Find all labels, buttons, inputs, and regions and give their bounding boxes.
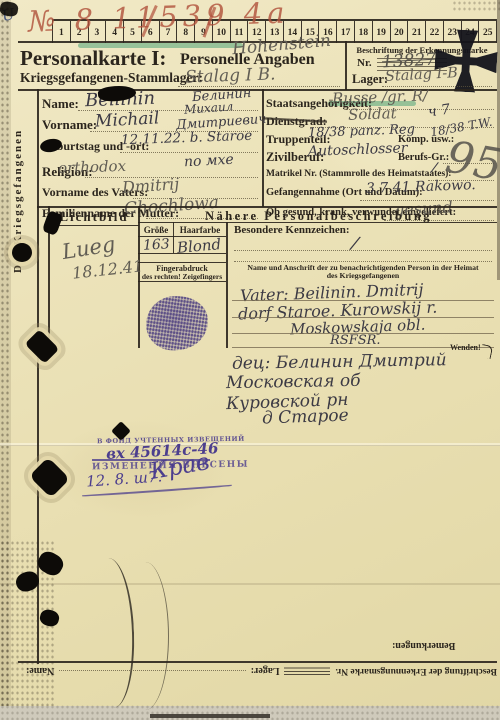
scan-edge-top-right: [452, 0, 500, 13]
ruler-number: 19: [373, 21, 391, 43]
fold-row: Beschriftung der Erkennungsmarke Nr. Lag…: [18, 664, 497, 678]
religion-value: orthodox: [58, 157, 127, 177]
kennzeichen-value: /: [350, 233, 360, 255]
kennzeichen-label: Besondere Kennzeichen:: [234, 224, 350, 236]
geburtstag-line: [120, 152, 258, 153]
ruler-number: 20: [391, 21, 409, 43]
dienstgrad-value: Soldat: [348, 104, 397, 124]
vorname-value: Michail: [95, 108, 160, 131]
fingerprint-label-2: des rechten! Zeigefingers: [138, 272, 226, 281]
fingerprint-box-top: [138, 262, 226, 263]
kennzeichen-line-1: [234, 250, 492, 251]
groesse-value: 163: [143, 236, 171, 253]
ruler-number: 21: [408, 21, 426, 43]
cross-stamp-icon: [436, 29, 495, 94]
lichtbild-label: Lichtbild: [50, 209, 138, 225]
vorname-label: Vorname:: [42, 117, 97, 133]
scan-bottom-mark: [150, 714, 270, 718]
stammlager-label: Kriegsgefangenen-Stammlager:: [20, 70, 203, 86]
fold-name-label: Name:: [26, 666, 54, 677]
vater-value: Dmitrij: [121, 174, 179, 197]
section-top-line: [37, 206, 497, 208]
geburtstag-note: по мхе: [184, 152, 234, 171]
fingerprint-texture: [143, 293, 210, 353]
card-title: Personalkarte I:: [20, 46, 166, 71]
dienstgrad-note: ч 7: [427, 102, 451, 121]
cyrillic-note-4: д Старое: [262, 405, 349, 428]
bemerkungen-label: Bemerkungen:: [392, 640, 455, 651]
notify-header-2: des Kriegsgefangenen: [231, 271, 495, 280]
haarfarbe-label: Haarfarbe: [174, 225, 226, 235]
lichtbild-underline: [48, 225, 139, 226]
pow-card-scan: 1234567891011121314151617181920212223242…: [0, 0, 500, 720]
ruler-number: 18: [355, 21, 373, 43]
fold-dotted-line: [59, 671, 245, 672]
punch-hole-2: [12, 243, 32, 262]
groesse-label: Größe: [139, 225, 173, 235]
pen-arc-2: [122, 562, 169, 710]
berufsgr-label: Berufs-Gr.:: [398, 152, 449, 163]
column-divider: [262, 89, 264, 207]
matrikel-label: Matrikel Nr. (Stammrolle des Heimatstaat…: [266, 169, 451, 179]
lager-label: Lager:: [352, 72, 388, 87]
haarfarbe-value: Blond: [176, 235, 222, 257]
fold-line: [18, 661, 497, 663]
crease-line-1: [0, 443, 500, 446]
fold-nr-hatch: [284, 667, 330, 675]
ruler-number: 17: [337, 21, 355, 43]
kennzeichen-line-2: [234, 261, 492, 262]
dienstgrad-scribble: [263, 116, 327, 124]
geburtstag-value: 12.11.22. b. Staroe: [121, 128, 253, 149]
name-label: Name:: [42, 96, 79, 112]
measure-box-right: [226, 222, 228, 348]
nr-label: Nr.: [357, 57, 372, 69]
header-divider-vertical: [345, 41, 347, 90]
stammlager-value: Stalag I B.: [185, 64, 276, 87]
crease-line-2: [0, 583, 500, 585]
pencil-number-95: 95: [442, 132, 500, 192]
fingerprint-box-bottom: [138, 281, 226, 282]
punch-hole-3: [25, 329, 60, 364]
ink-blot-corner: [0, 1, 19, 18]
wenden-label: Wenden!: [450, 343, 481, 352]
stammlager-line: [178, 86, 340, 87]
fingerprint-mark: [143, 293, 210, 353]
fold-lager-label: Lager:: [251, 666, 280, 677]
fold-beschriftung-label: Beschriftung der Erkennungsmarke Nr.: [335, 666, 497, 676]
notify-line-4: RSFSR.: [330, 333, 381, 348]
